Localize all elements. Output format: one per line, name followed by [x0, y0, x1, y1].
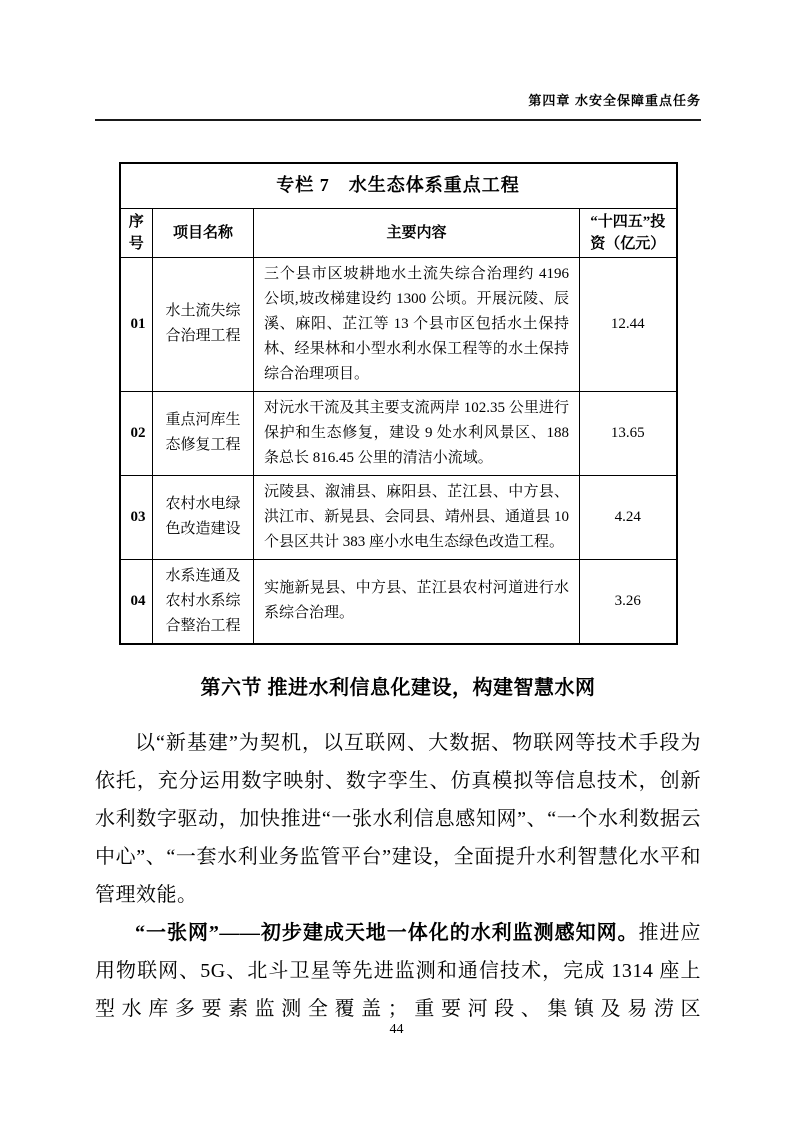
cell-main-content: 对沅水干流及其主要支流两岸 102.35 公里进行保护和生态修复，建设 9 处水… [254, 391, 580, 475]
cell-investment: 13.65 [580, 391, 677, 475]
cell-no: 02 [120, 391, 153, 475]
column-header-name: 项目名称 [153, 208, 254, 257]
cell-no: 04 [120, 559, 153, 644]
header-rule [95, 119, 701, 121]
paragraph-2-bold-lead: “一张网”——初步建成天地一体化的水利监测感知网。 [135, 922, 639, 944]
document-page: 第四章 水安全保障重点任务 专栏 7 水生态体系重点工程 序号 项目名称 主要内… [0, 0, 793, 1122]
table-title: 专栏 7 水生态体系重点工程 [120, 163, 677, 208]
cell-no: 01 [120, 257, 153, 391]
table-row: 02 重点河库生态修复工程 对沅水干流及其主要支流两岸 102.35 公里进行保… [120, 391, 677, 475]
page-content: 第四章 水安全保障重点任务 专栏 7 水生态体系重点工程 序号 项目名称 主要内… [95, 0, 701, 1122]
cell-no: 03 [120, 475, 153, 559]
cell-investment: 4.24 [580, 475, 677, 559]
projects-table: 专栏 7 水生态体系重点工程 序号 项目名称 主要内容 “十四五”投资（亿元） … [119, 162, 678, 645]
running-head-chapter: 第四章 水安全保障重点任务 [95, 0, 701, 109]
section-heading: 第六节 推进水利信息化建设，构建智慧水网 [95, 671, 701, 700]
column-header-content: 主要内容 [254, 208, 580, 257]
table-row: 04 水系连通及农村水系综合整治工程 实施新晃县、中方县、芷江县农村河道进行水系… [120, 559, 677, 644]
cell-main-content: 三个县市区坡耕地水土流失综合治理约 4196 公顷,坡改梯建设约 1300 公顷… [254, 257, 580, 391]
cell-investment: 3.26 [580, 559, 677, 644]
cell-project-name: 重点河库生态修复工程 [153, 391, 254, 475]
column-header-investment: “十四五”投资（亿元） [580, 208, 677, 257]
table-title-row: 专栏 7 水生态体系重点工程 [120, 163, 677, 208]
cell-project-name: 水系连通及农村水系综合整治工程 [153, 559, 254, 644]
body-paragraph-2: “一张网”——初步建成天地一体化的水利监测感知网。推进应用物联网、5G、北斗卫星… [95, 914, 701, 1028]
table-row: 03 农村水电绿色改造建设 沅陵县、溆浦县、麻阳县、芷江县、中方县、洪江市、新晃… [120, 475, 677, 559]
body-paragraph-1: 以“新基建”为契机，以互联网、大数据、物联网等技术手段为依托，充分运用数字映射、… [95, 724, 701, 914]
page-number: 44 [0, 1022, 793, 1038]
cell-main-content: 实施新晃县、中方县、芷江县农村河道进行水系综合治理。 [254, 559, 580, 644]
column-header-no: 序号 [120, 208, 153, 257]
table-header-row: 序号 项目名称 主要内容 “十四五”投资（亿元） [120, 208, 677, 257]
cell-main-content: 沅陵县、溆浦县、麻阳县、芷江县、中方县、洪江市、新晃县、会同县、靖州县、通道县 … [254, 475, 580, 559]
cell-investment: 12.44 [580, 257, 677, 391]
table-row: 01 水土流失综合治理工程 三个县市区坡耕地水土流失综合治理约 4196 公顷,… [120, 257, 677, 391]
cell-project-name: 农村水电绿色改造建设 [153, 475, 254, 559]
cell-project-name: 水土流失综合治理工程 [153, 257, 254, 391]
